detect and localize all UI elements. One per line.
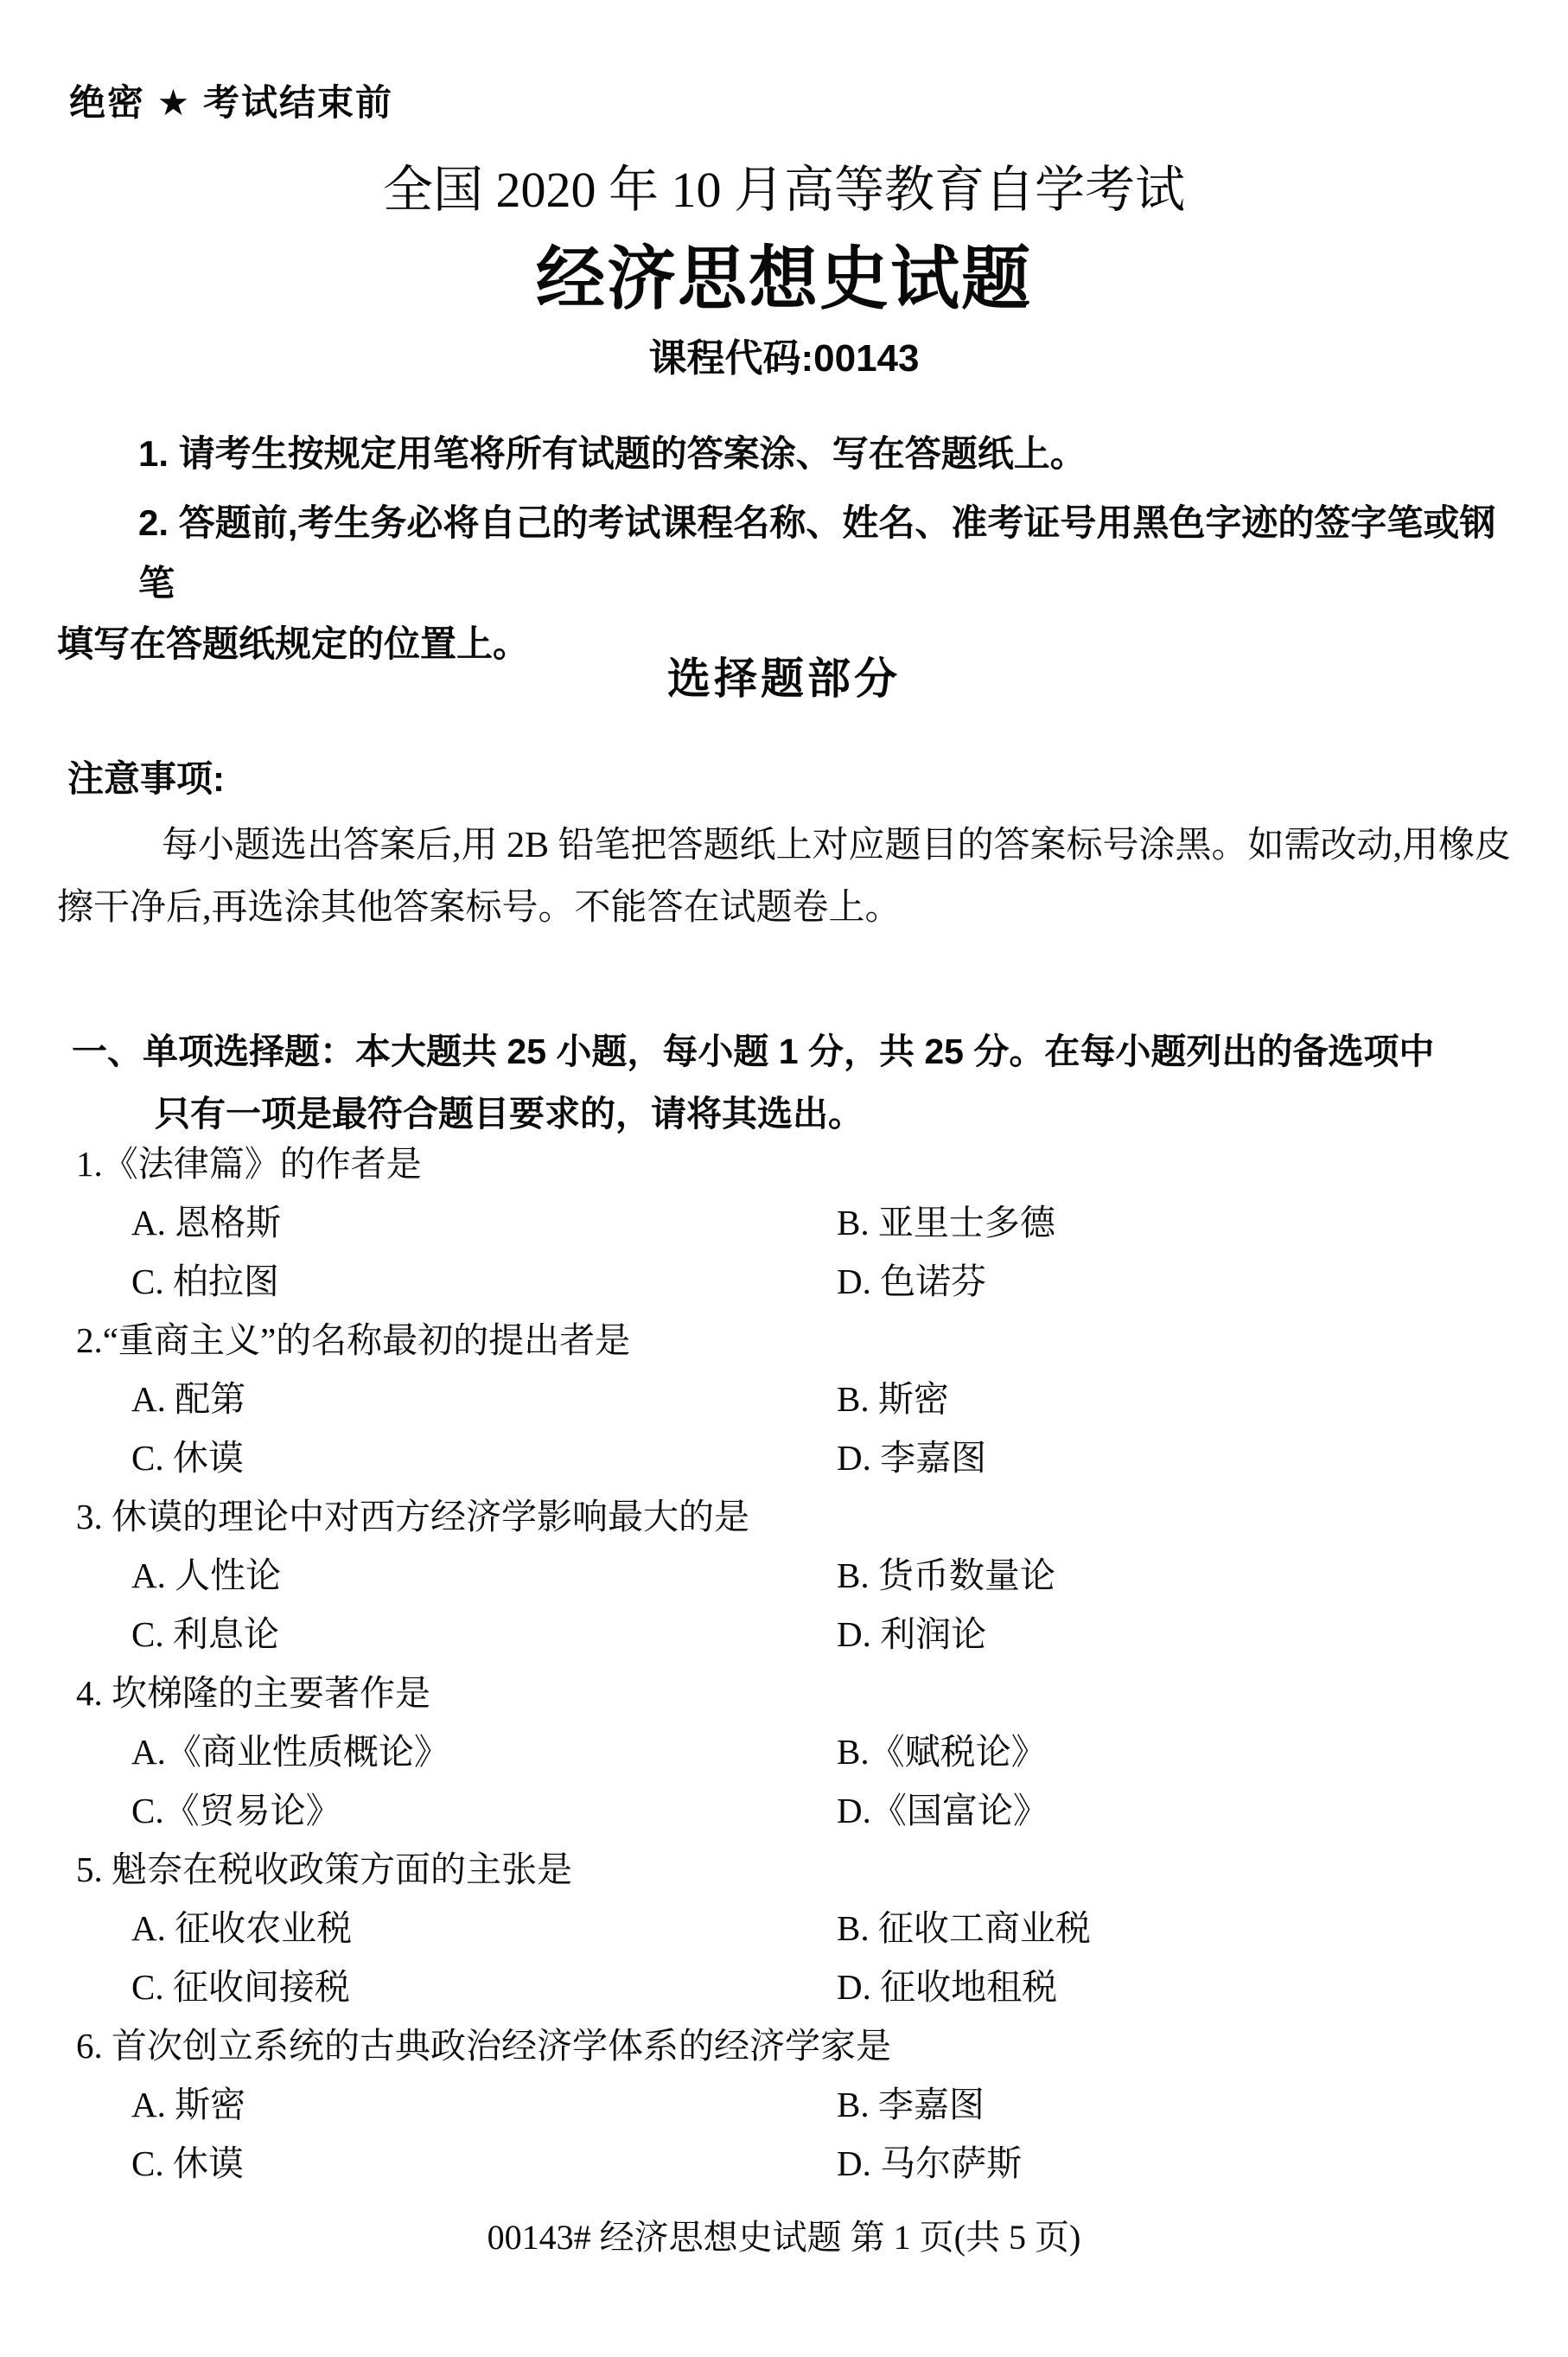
option-a: A. 配第 [131,1370,837,1428]
option-d: D. 利润论 [837,1605,1568,1664]
question-stem: 1.《法律篇》的作者是 [76,1134,1568,1193]
notice-line2: 擦干净后,再选涂其他答案标号。不能答在试题卷上。 [57,877,1516,939]
option-d: D.《国富论》 [837,1781,1568,1840]
page-footer: 00143# 经济思想史试题 第 1 页(共 5 页) [0,2210,1568,2259]
notice-paragraph: 每小题选出答案后,用 2B 铅笔把答题纸上对应题目的答案标号涂黑。如需改动,用橡… [57,814,1516,939]
question-3: 3. 休谟的理论中对西方经济学影响最大的是 A. 人性论 B. 货币数量论 C.… [0,1487,1568,1664]
option-row: A. 配第 B. 斯密 [131,1370,1568,1428]
paper-title: 经济思想史试题 [0,223,1568,323]
option-c: C. 休谟 [131,1428,837,1487]
option-c: C. 征收间接税 [131,1958,837,2016]
part1-heading-line1: 一、单项选择题：本大题共 25 小题，每小题 1 分，共 25 分。在每小题列出… [72,1020,1516,1083]
question-2: 2.“重商主义”的名称最初的提出者是 A. 配第 B. 斯密 C. 休谟 D. … [0,1311,1568,1487]
option-a: A. 斯密 [131,2075,837,2134]
option-c: C.《贸易论》 [131,1781,837,1840]
instruction-item-1: 1. 请考生按规定用笔将所有试题的答案涂、写在答题纸上。 [57,424,1511,484]
option-b: B. 李嘉图 [837,2075,1568,2134]
option-d: D. 色诺芬 [837,1252,1568,1311]
question-5: 5. 魁奈在税收政策方面的主张是 A. 征收农业税 B. 征收工商业税 C. 征… [0,1840,1568,2016]
option-row: A. 人性论 B. 货币数量论 [131,1546,1568,1605]
exam-title: 全国 2020 年 10 月高等教育自学考试 [0,149,1568,221]
question-4: 4. 坎梯隆的主要著作是 A.《商业性质概论》 B.《赋税论》 C.《贸易论》 … [0,1664,1568,1840]
option-b: B. 斯密 [837,1370,1568,1428]
option-row: A.《商业性质概论》 B.《赋税论》 [131,1722,1568,1781]
option-b: B. 货币数量论 [837,1546,1568,1605]
option-row: C. 利息论 D. 利润论 [131,1605,1568,1664]
option-row: A. 征收农业税 B. 征收工商业税 [131,1899,1568,1958]
option-b: B. 征收工商业税 [837,1899,1568,1958]
option-a: A. 恩格斯 [131,1193,837,1252]
choice-section-title: 选择题部分 [0,644,1568,706]
option-row: A. 恩格斯 B. 亚里士多德 [131,1193,1568,1252]
question-stem: 3. 休谟的理论中对西方经济学影响最大的是 [76,1487,1568,1546]
option-row: C. 征收间接税 D. 征收地租税 [131,1958,1568,2016]
option-row: A. 斯密 B. 李嘉图 [131,2075,1568,2134]
option-a: A. 征收农业税 [131,1899,837,1958]
option-row: C. 柏拉图 D. 色诺芬 [131,1252,1568,1311]
question-stem: 6. 首次创立系统的古典政治经济学体系的经济学家是 [76,2016,1568,2075]
option-c: C. 休谟 [131,2134,837,2193]
option-c: C. 柏拉图 [131,1252,837,1311]
secrecy-notice: 绝密 ★ 考试结束前 [69,74,393,126]
instruction-2-line1: 2. 答题前,考生务必将自己的考试课程名称、姓名、准考证号用黑色字迹的签字笔或钢… [138,493,1516,614]
option-row: C. 休谟 D. 马尔萨斯 [131,2134,1568,2193]
instruction-1-text: 1. 请考生按规定用笔将所有试题的答案涂、写在答题纸上。 [138,424,1511,484]
question-stem: 2.“重商主义”的名称最初的提出者是 [76,1311,1568,1370]
option-d: D. 征收地租税 [837,1958,1568,2016]
question-6: 6. 首次创立系统的古典政治经济学体系的经济学家是 A. 斯密 B. 李嘉图 C… [0,2016,1568,2193]
course-code: 课程代码:00143 [0,327,1568,382]
question-stem: 5. 魁奈在税收政策方面的主张是 [76,1840,1568,1899]
option-d: D. 马尔萨斯 [837,2134,1568,2193]
exam-paper-page: 绝密 ★ 考试结束前 全国 2020 年 10 月高等教育自学考试 经济思想史试… [0,0,1568,2357]
option-a: A.《商业性质概论》 [131,1722,837,1781]
option-a: A. 人性论 [131,1546,837,1605]
option-row: C. 休谟 D. 李嘉图 [131,1428,1568,1487]
option-b: B. 亚里士多德 [837,1193,1568,1252]
question-stem: 4. 坎梯隆的主要著作是 [76,1664,1568,1722]
option-c: C. 利息论 [131,1605,837,1664]
part1-heading: 一、单项选择题：本大题共 25 小题，每小题 1 分，共 25 分。在每小题列出… [72,1020,1516,1145]
notice-label: 注意事项: [67,751,225,802]
notice-line1: 每小题选出答案后,用 2B 铅笔把答题纸上对应题目的答案标号涂黑。如需改动,用橡… [162,814,1516,877]
question-list: 1.《法律篇》的作者是 A. 恩格斯 B. 亚里士多德 C. 柏拉图 D. 色诺… [0,1134,1568,2193]
option-row: C.《贸易论》 D.《国富论》 [131,1781,1568,1840]
option-b: B.《赋税论》 [837,1722,1568,1781]
question-1: 1.《法律篇》的作者是 A. 恩格斯 B. 亚里士多德 C. 柏拉图 D. 色诺… [0,1134,1568,1311]
option-d: D. 李嘉图 [837,1428,1568,1487]
